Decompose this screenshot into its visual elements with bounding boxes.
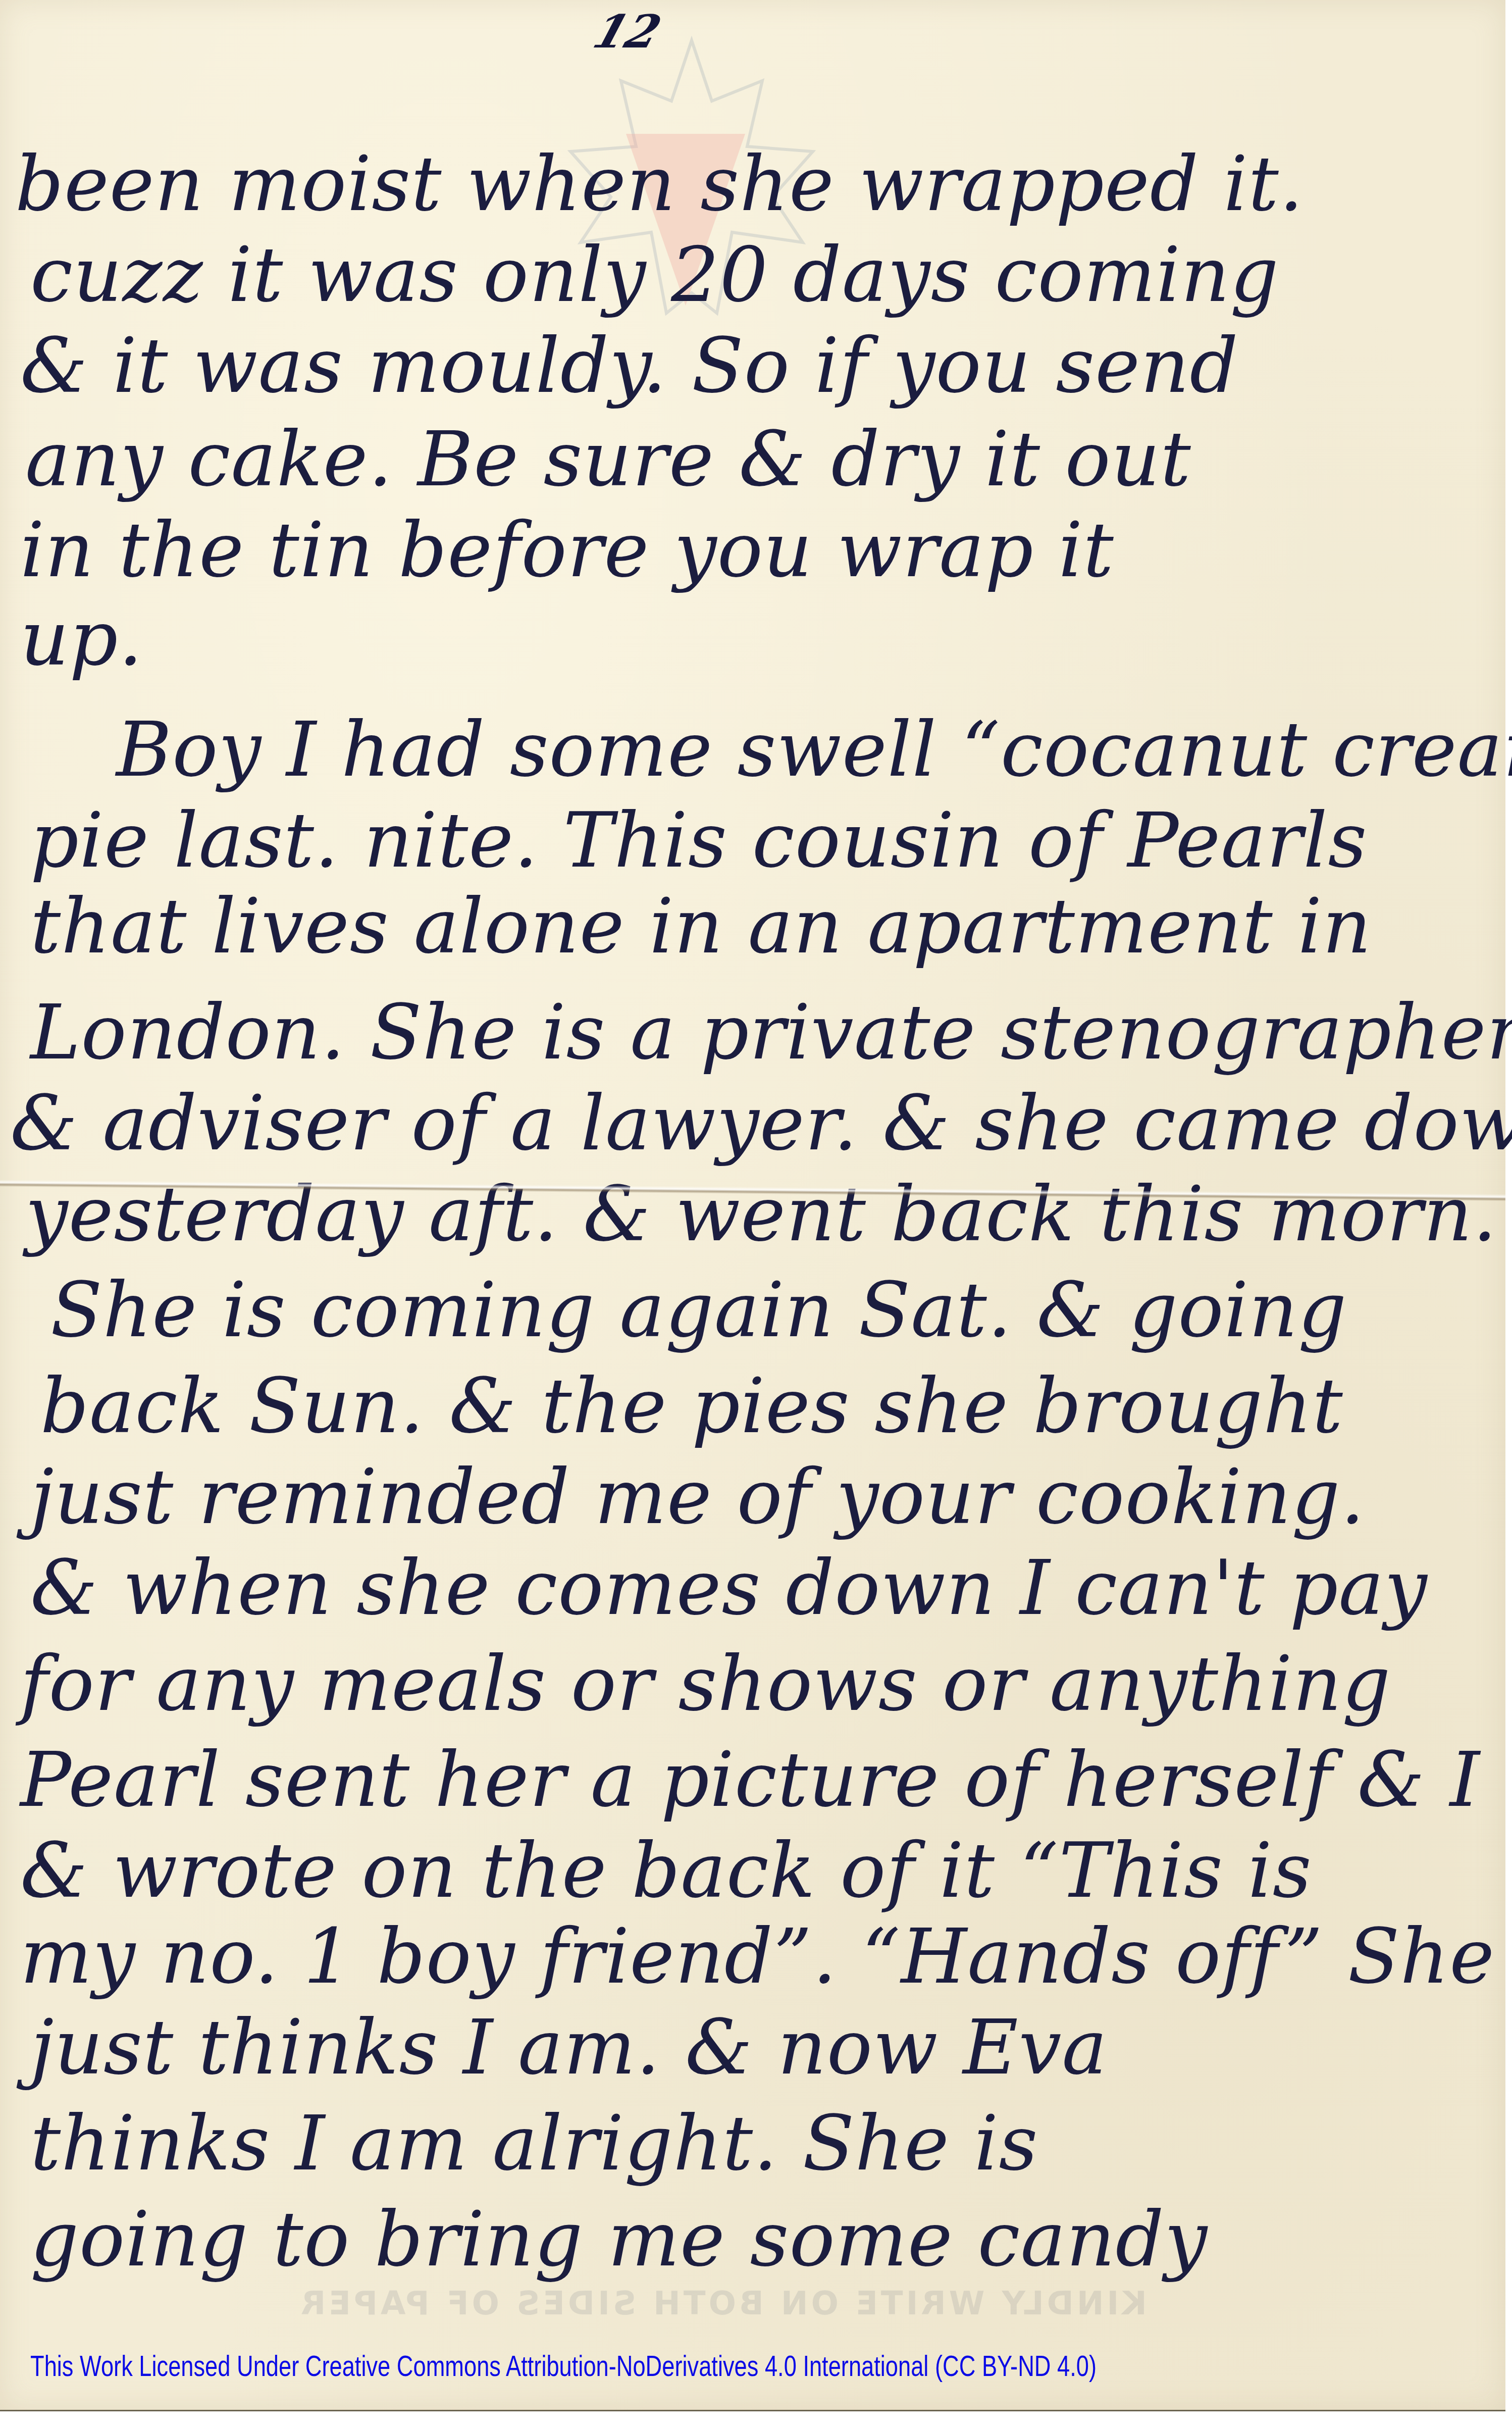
letter-line: thinks I am alright. She is [30, 2106, 1038, 2182]
letter-line: up. [20, 601, 143, 677]
letter-line: for any meals or shows or anything [20, 1646, 1391, 1722]
letter-line: just reminded me of your cooking. [30, 1459, 1365, 1535]
letter-line: going to bring me some candy [30, 2202, 1208, 2278]
letter-line: been moist when she wrapped it. [15, 146, 1304, 222]
letter-line: She is coming again Sat. & going [50, 1273, 1347, 1348]
letter-line: any cake. Be sure & dry it out [25, 422, 1191, 497]
letter-line: in the tin before you wrap it [20, 513, 1114, 588]
letter-page: 12 been moist when she wrapped it. cuzz … [0, 0, 1505, 2411]
letter-line: back Sun. & the pies she brought [40, 1369, 1343, 1444]
letter-line: Boy I had some swell “cocanut crean” [116, 712, 1512, 788]
letter-line: pie last. nite. This cousin of Pearls [30, 803, 1367, 879]
letter-line: London. She is a private stenographer [30, 995, 1512, 1071]
letter-line: & when she comes down I can't pay [30, 1550, 1428, 1626]
letter-line: that lives alone in an apartment in [30, 889, 1372, 965]
letter-line: Pearl sent her a picture of herself & I [20, 1742, 1480, 1818]
license-notice: This Work Licensed Under Creative Common… [30, 2349, 1097, 2383]
letter-line: cuzz it was only 20 days coming [30, 237, 1279, 313]
letter-line: just thinks I am. & now Eva [30, 2010, 1108, 2086]
letter-line: my no. 1 boy friend”. “Hands off” She [20, 1919, 1495, 1995]
letter-line: & wrote on the back of it “This is [20, 1833, 1312, 1909]
letter-line: & it was mouldy. So if you send [20, 328, 1239, 404]
show-through-printed-text: KINDLY WRITE ON BOTH SIDES OF PAPER [298, 2285, 1147, 2322]
letter-line: & adviser of a lawyer. & she came down [10, 1086, 1512, 1161]
